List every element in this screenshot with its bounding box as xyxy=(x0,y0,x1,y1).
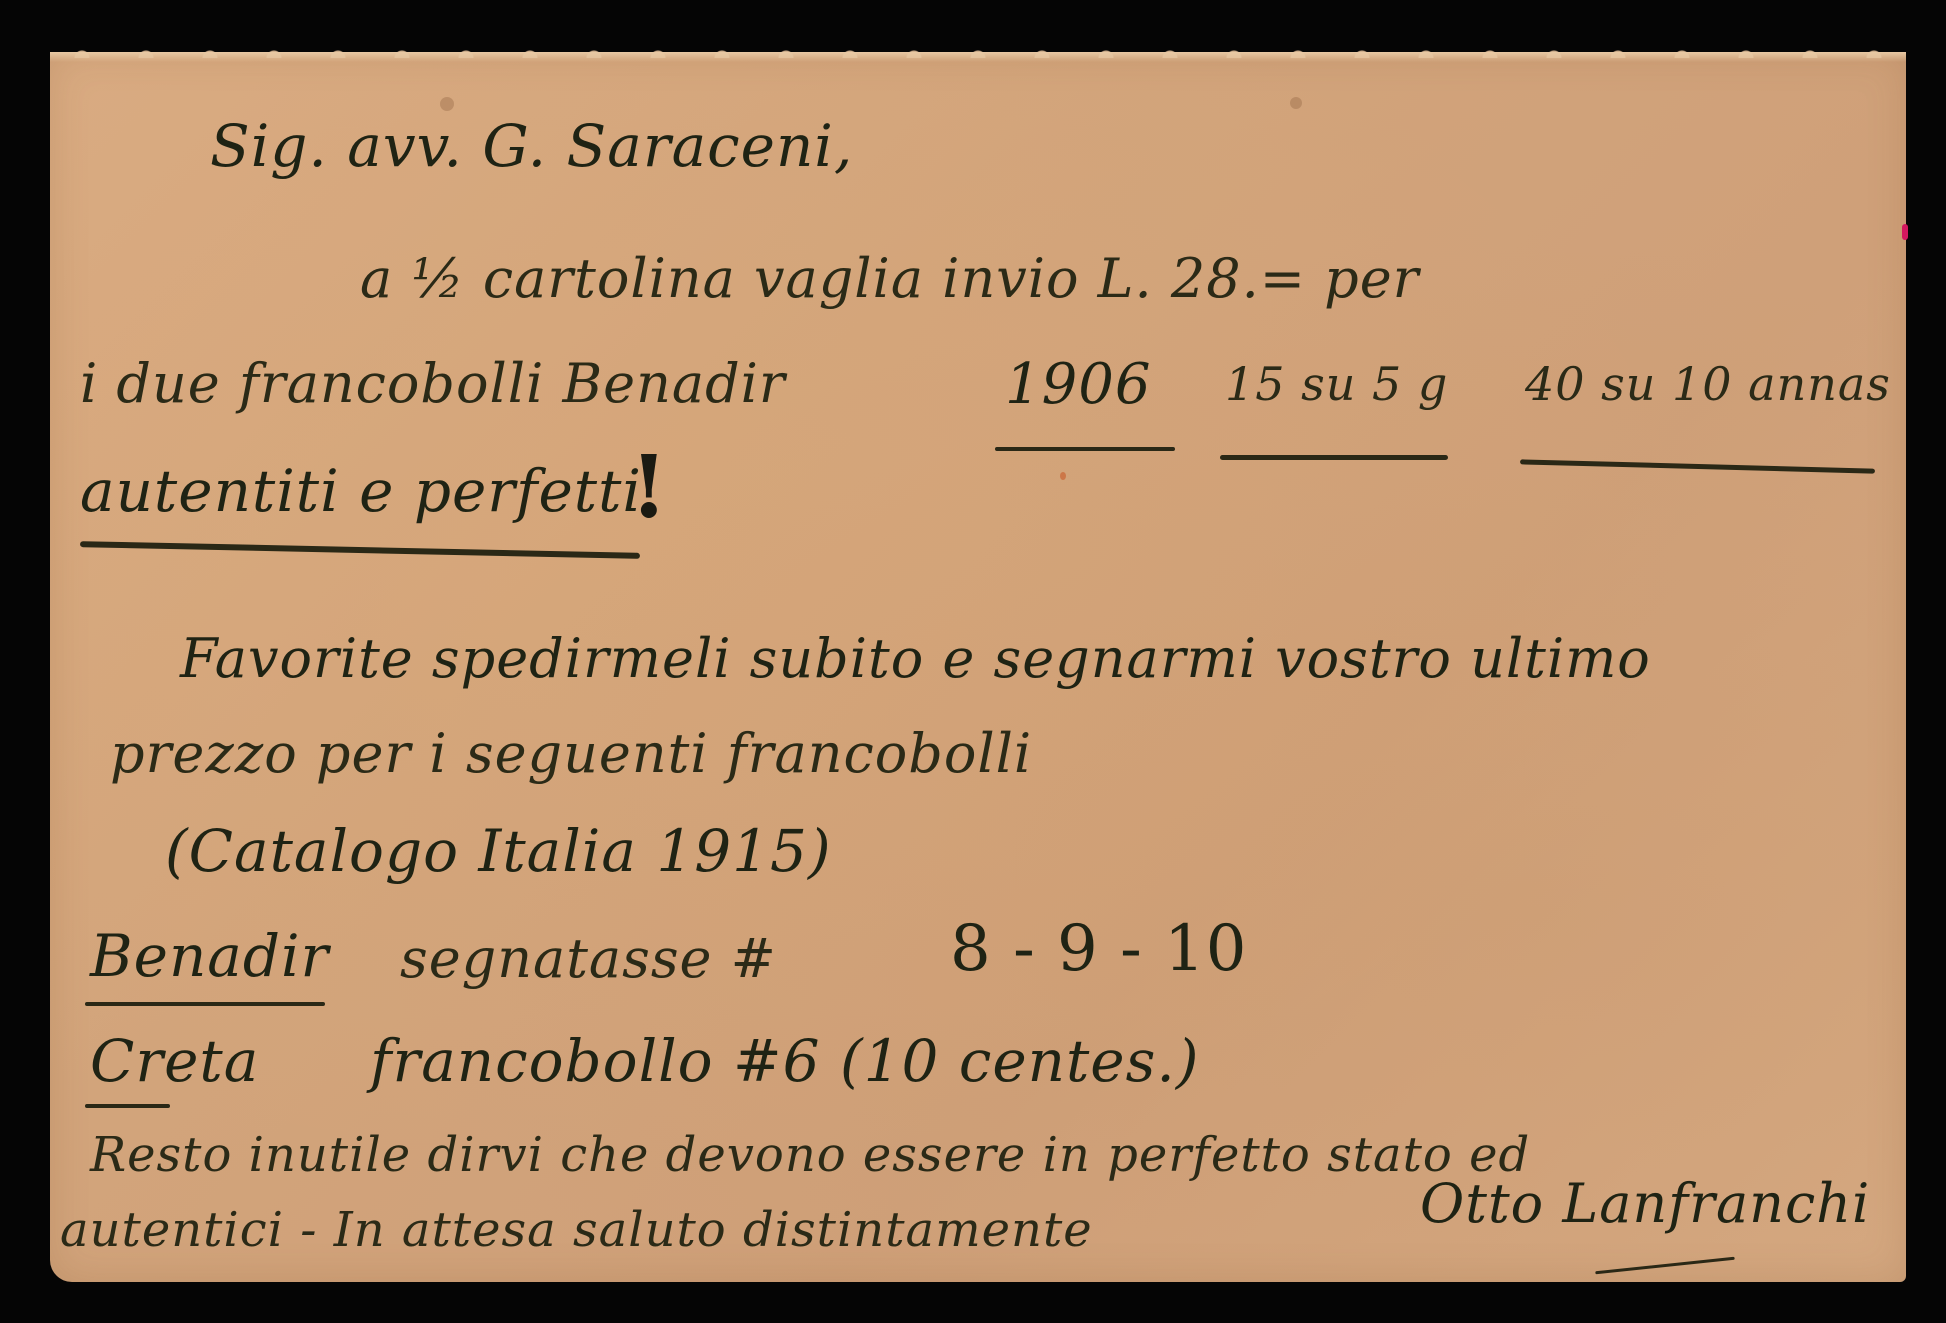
stamp-year: 1906 xyxy=(1005,352,1152,417)
catalog-numbers: 8 - 9 - 10 xyxy=(950,912,1248,986)
underline xyxy=(80,541,640,559)
card-edge-highlight xyxy=(50,52,1906,62)
paper-stain xyxy=(1060,472,1066,480)
letter-line-3: autentiti e perfetti xyxy=(80,457,642,525)
letter-line-5: prezzo per i seguenti francobolli xyxy=(110,722,1032,785)
pink-ink-mark xyxy=(1902,224,1908,240)
salutation: Sig. avv. G. Saraceni, xyxy=(210,112,853,180)
underline xyxy=(85,1002,325,1006)
scan-background: Sig. avv. G. Saraceni, a ½ cartolina vag… xyxy=(0,0,1946,1323)
letter-line-8: francobollo #6 (10 centes.) xyxy=(370,1027,1199,1095)
postcard: Sig. avv. G. Saraceni, a ½ cartolina vag… xyxy=(50,52,1906,1282)
item-label-benadir: Benadir xyxy=(90,922,329,990)
paper-stain xyxy=(440,97,454,111)
underline xyxy=(1220,455,1448,460)
item-label-creta: Creta xyxy=(90,1027,259,1095)
signature-flourish xyxy=(1595,1257,1735,1275)
underline xyxy=(85,1104,170,1108)
letter-line-7: segnatasse # xyxy=(400,927,777,990)
signature: Otto Lanfranchi xyxy=(1420,1172,1870,1235)
paper-stain xyxy=(1290,97,1302,109)
stamp-value-2: 40 su 10 annas xyxy=(1525,357,1891,411)
letter-line-4: Favorite spedirmeli subito e segnarmi vo… xyxy=(180,627,1651,690)
letter-line-10: autentici - In attesa saluto distintamen… xyxy=(60,1202,1093,1258)
letter-line-9: Resto inutile dirvi che devono essere in… xyxy=(90,1127,1530,1183)
underline xyxy=(1520,459,1875,473)
letter-line-1: a ½ cartolina vaglia invio L. 28.= per xyxy=(360,247,1420,310)
stamp-value-1: 15 su 5 g xyxy=(1225,357,1448,411)
letter-line-2: i due francobolli Benadir xyxy=(80,352,786,415)
letter-line-6: (Catalogo Italia 1915) xyxy=(165,817,832,885)
exclamation-mark: ! xyxy=(630,437,668,538)
underline xyxy=(995,447,1175,451)
